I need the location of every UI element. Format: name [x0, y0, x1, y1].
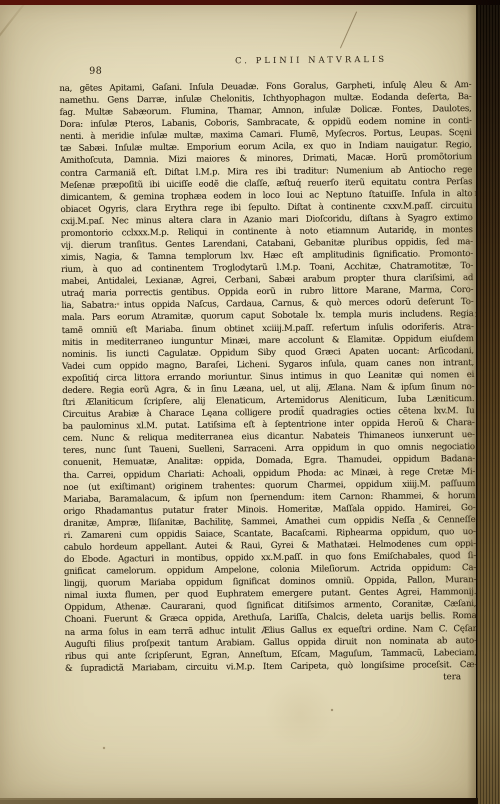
ink-scratch-mark [340, 11, 358, 48]
catchword: tera [443, 672, 461, 682]
book-page-photo: 98 C. PLINII NATVRALIS na, gẽtes Apitami… [0, 0, 500, 804]
text-block: 98 C. PLINII NATVRALIS na, gẽtes Apitami… [59, 52, 477, 675]
paper-crease [0, 0, 35, 156]
page-header: 98 C. PLINII NATVRALIS [59, 52, 471, 83]
running-header: C. PLINII NATVRALIS [235, 54, 387, 65]
text-body: na, gẽtes Apitami, Gaſani. Inſula Deuadæ… [59, 79, 477, 675]
page-paper: 98 C. PLINII NATVRALIS na, gẽtes Apitami… [0, 4, 477, 800]
book-bottom-edge [0, 798, 478, 804]
book-fore-edge [476, 0, 500, 804]
page-number: 98 [89, 66, 102, 77]
book-top-edge [0, 0, 500, 5]
